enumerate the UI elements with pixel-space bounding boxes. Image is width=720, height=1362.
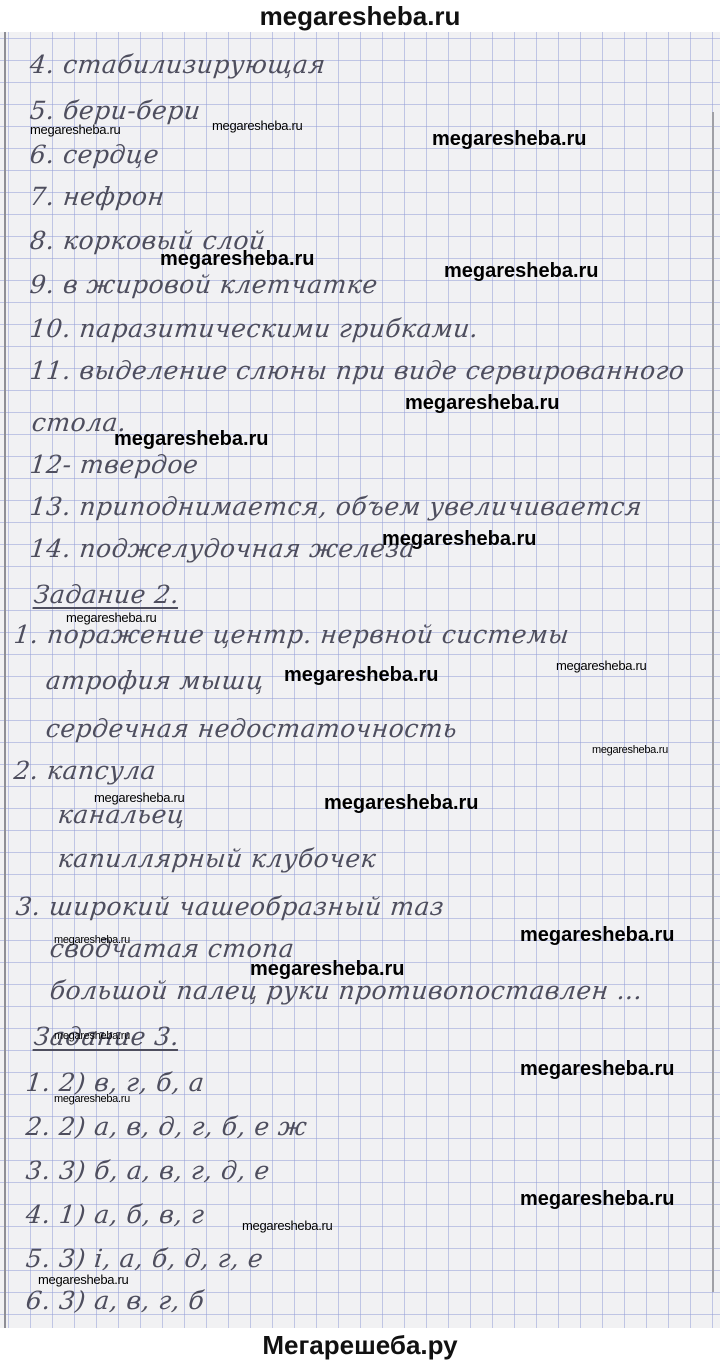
watermark-text: megaresheba.ru [54,1030,130,1042]
answer-line: 9. в жировой клетчатке [28,270,379,299]
answer-line: 14. поджелудочная железа [28,534,416,563]
answer-line: 6. 3) а, в, г, б [24,1286,205,1315]
watermark-text: megaresheba.ru [444,260,599,283]
page-margin-line [4,32,6,1328]
answer-line: атрофия мышц [44,666,265,695]
answer-line: 11. выделение слюны при виде сервированн… [28,356,686,385]
watermark-text: megaresheba.ru [592,744,668,756]
notebook-page: 4. стабилизирующая5. бери-бери6. сердце7… [0,32,720,1328]
answer-line: 4. стабилизирующая [28,50,327,79]
watermark-text: megaresheba.ru [520,924,675,947]
answer-line: 13. приподнимается, объем увеличивается [28,492,643,521]
watermark-text: megaresheba.ru [66,610,156,625]
watermark-text: megaresheba.ru [432,128,587,151]
watermark-text: megaresheba.ru [284,664,439,687]
watermark-text: megaresheba.ru [30,122,120,137]
answer-line: 7. нефрон [28,182,166,211]
watermark-text: megaresheba.ru [242,1218,332,1233]
answer-line: 2. 2) а, в, д, г, б, е ж [24,1112,308,1141]
answer-line: 2. капсула [12,756,157,785]
answer-line: 12- твердое [28,450,200,479]
answer-line: 4. 1) а, б, в, г [24,1200,205,1229]
answer-line: 5. бери-бери [28,96,202,125]
watermark-text: megaresheba.ru [54,934,130,946]
watermark-text: megaresheba.ru [160,248,315,271]
watermark-text: megaresheba.ru [94,790,184,805]
answer-line: 3. широкий чашеобразный таз [14,892,445,921]
watermark-text: megaresheba.ru [250,958,405,981]
answer-line: 6. сердце [28,140,160,169]
watermark-text: megaresheba.ru [556,658,646,673]
site-footer-watermark: Мегарешеба.ру [0,1328,720,1362]
watermark-text: megaresheba.ru [382,528,537,551]
watermark-text: megaresheba.ru [520,1058,675,1081]
watermark-text: megaresheba.ru [38,1272,128,1287]
page-edge-line [712,112,714,1292]
answer-line: 5. 3) і, а, б, д, г, е [24,1244,264,1273]
watermark-text: megaresheba.ru [114,428,269,451]
site-header-watermark: megaresheba.ru [0,0,720,32]
answer-line: 10. паразитическими грибками. [28,314,479,343]
answer-line: капиллярный клубочек [56,844,377,873]
watermark-text: megaresheba.ru [54,1093,130,1105]
watermark-text: megaresheba.ru [405,392,560,415]
section-heading: Задание 2. [32,580,180,609]
answer-line: 3. 3) б, а, в, г, д, е [24,1156,271,1185]
watermark-text: megaresheba.ru [212,118,302,133]
watermark-text: megaresheba.ru [520,1188,675,1211]
watermark-text: megaresheba.ru [324,792,479,815]
answer-line: сердечная недостаточность [44,714,458,743]
